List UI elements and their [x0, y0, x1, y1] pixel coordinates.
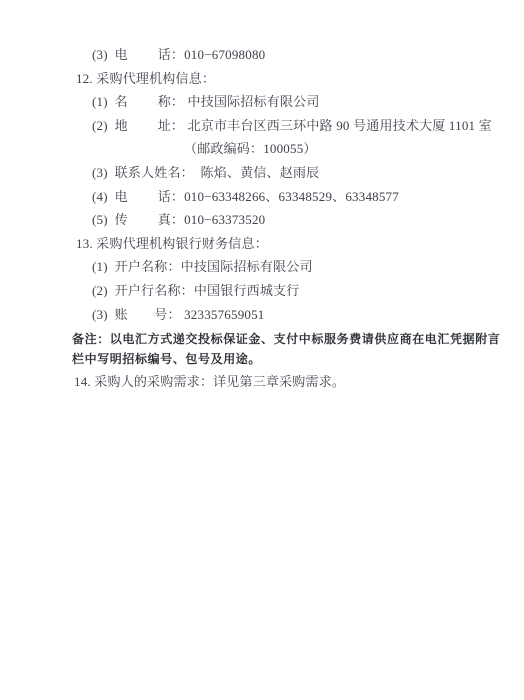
section-12-heading: 12. 采购代理机构信息：: [0, 67, 524, 91]
section-13-heading: 13. 采购代理机构银行财务信息：: [0, 232, 524, 256]
item-12-4-phone: (4) 电 话：010−63348266、63348529、63348577: [0, 185, 524, 209]
item-13-1-account-name: (1) 开户名称：中技国际招标有限公司: [0, 255, 524, 279]
item-12-3-contacts: (3) 联系人姓名： 陈焰、黄信、赵雨辰: [0, 161, 524, 185]
item-13-2-bank-name: (2) 开户行名称：中国银行西城支行: [0, 279, 524, 303]
note-line-2: 栏中写明招标编号、包号及用途。: [0, 350, 524, 370]
item-12-2-postcode: （邮政编码：100055）: [0, 137, 524, 161]
document-page: (3) 电 话：010−6709808012. 采购代理机构信息：(1) 名 称…: [0, 0, 524, 700]
note-line-1: 备注：以电汇方式递交投标保证金、支付中标服务费请供应商在电汇凭据附言: [0, 330, 524, 350]
item-12-2-address: (2) 地 址： 北京市丰台区西三环中路 90 号通用技术大厦 1101 室: [0, 114, 524, 138]
item-12-1-name: (1) 名 称： 中技国际招标有限公司: [0, 90, 524, 114]
item-12-5-fax: (5) 传 真：010−63373520: [0, 208, 524, 232]
section-14-heading: 14. 采购人的采购需求：详见第三章采购需求。: [0, 370, 524, 394]
item-13-3-account-no: (3) 账 号： 323357659051: [0, 303, 524, 327]
document-body: (3) 电 话：010−6709808012. 采购代理机构信息：(1) 名 称…: [0, 0, 524, 394]
item-11-3-phone: (3) 电 话：010−67098080: [0, 43, 524, 67]
